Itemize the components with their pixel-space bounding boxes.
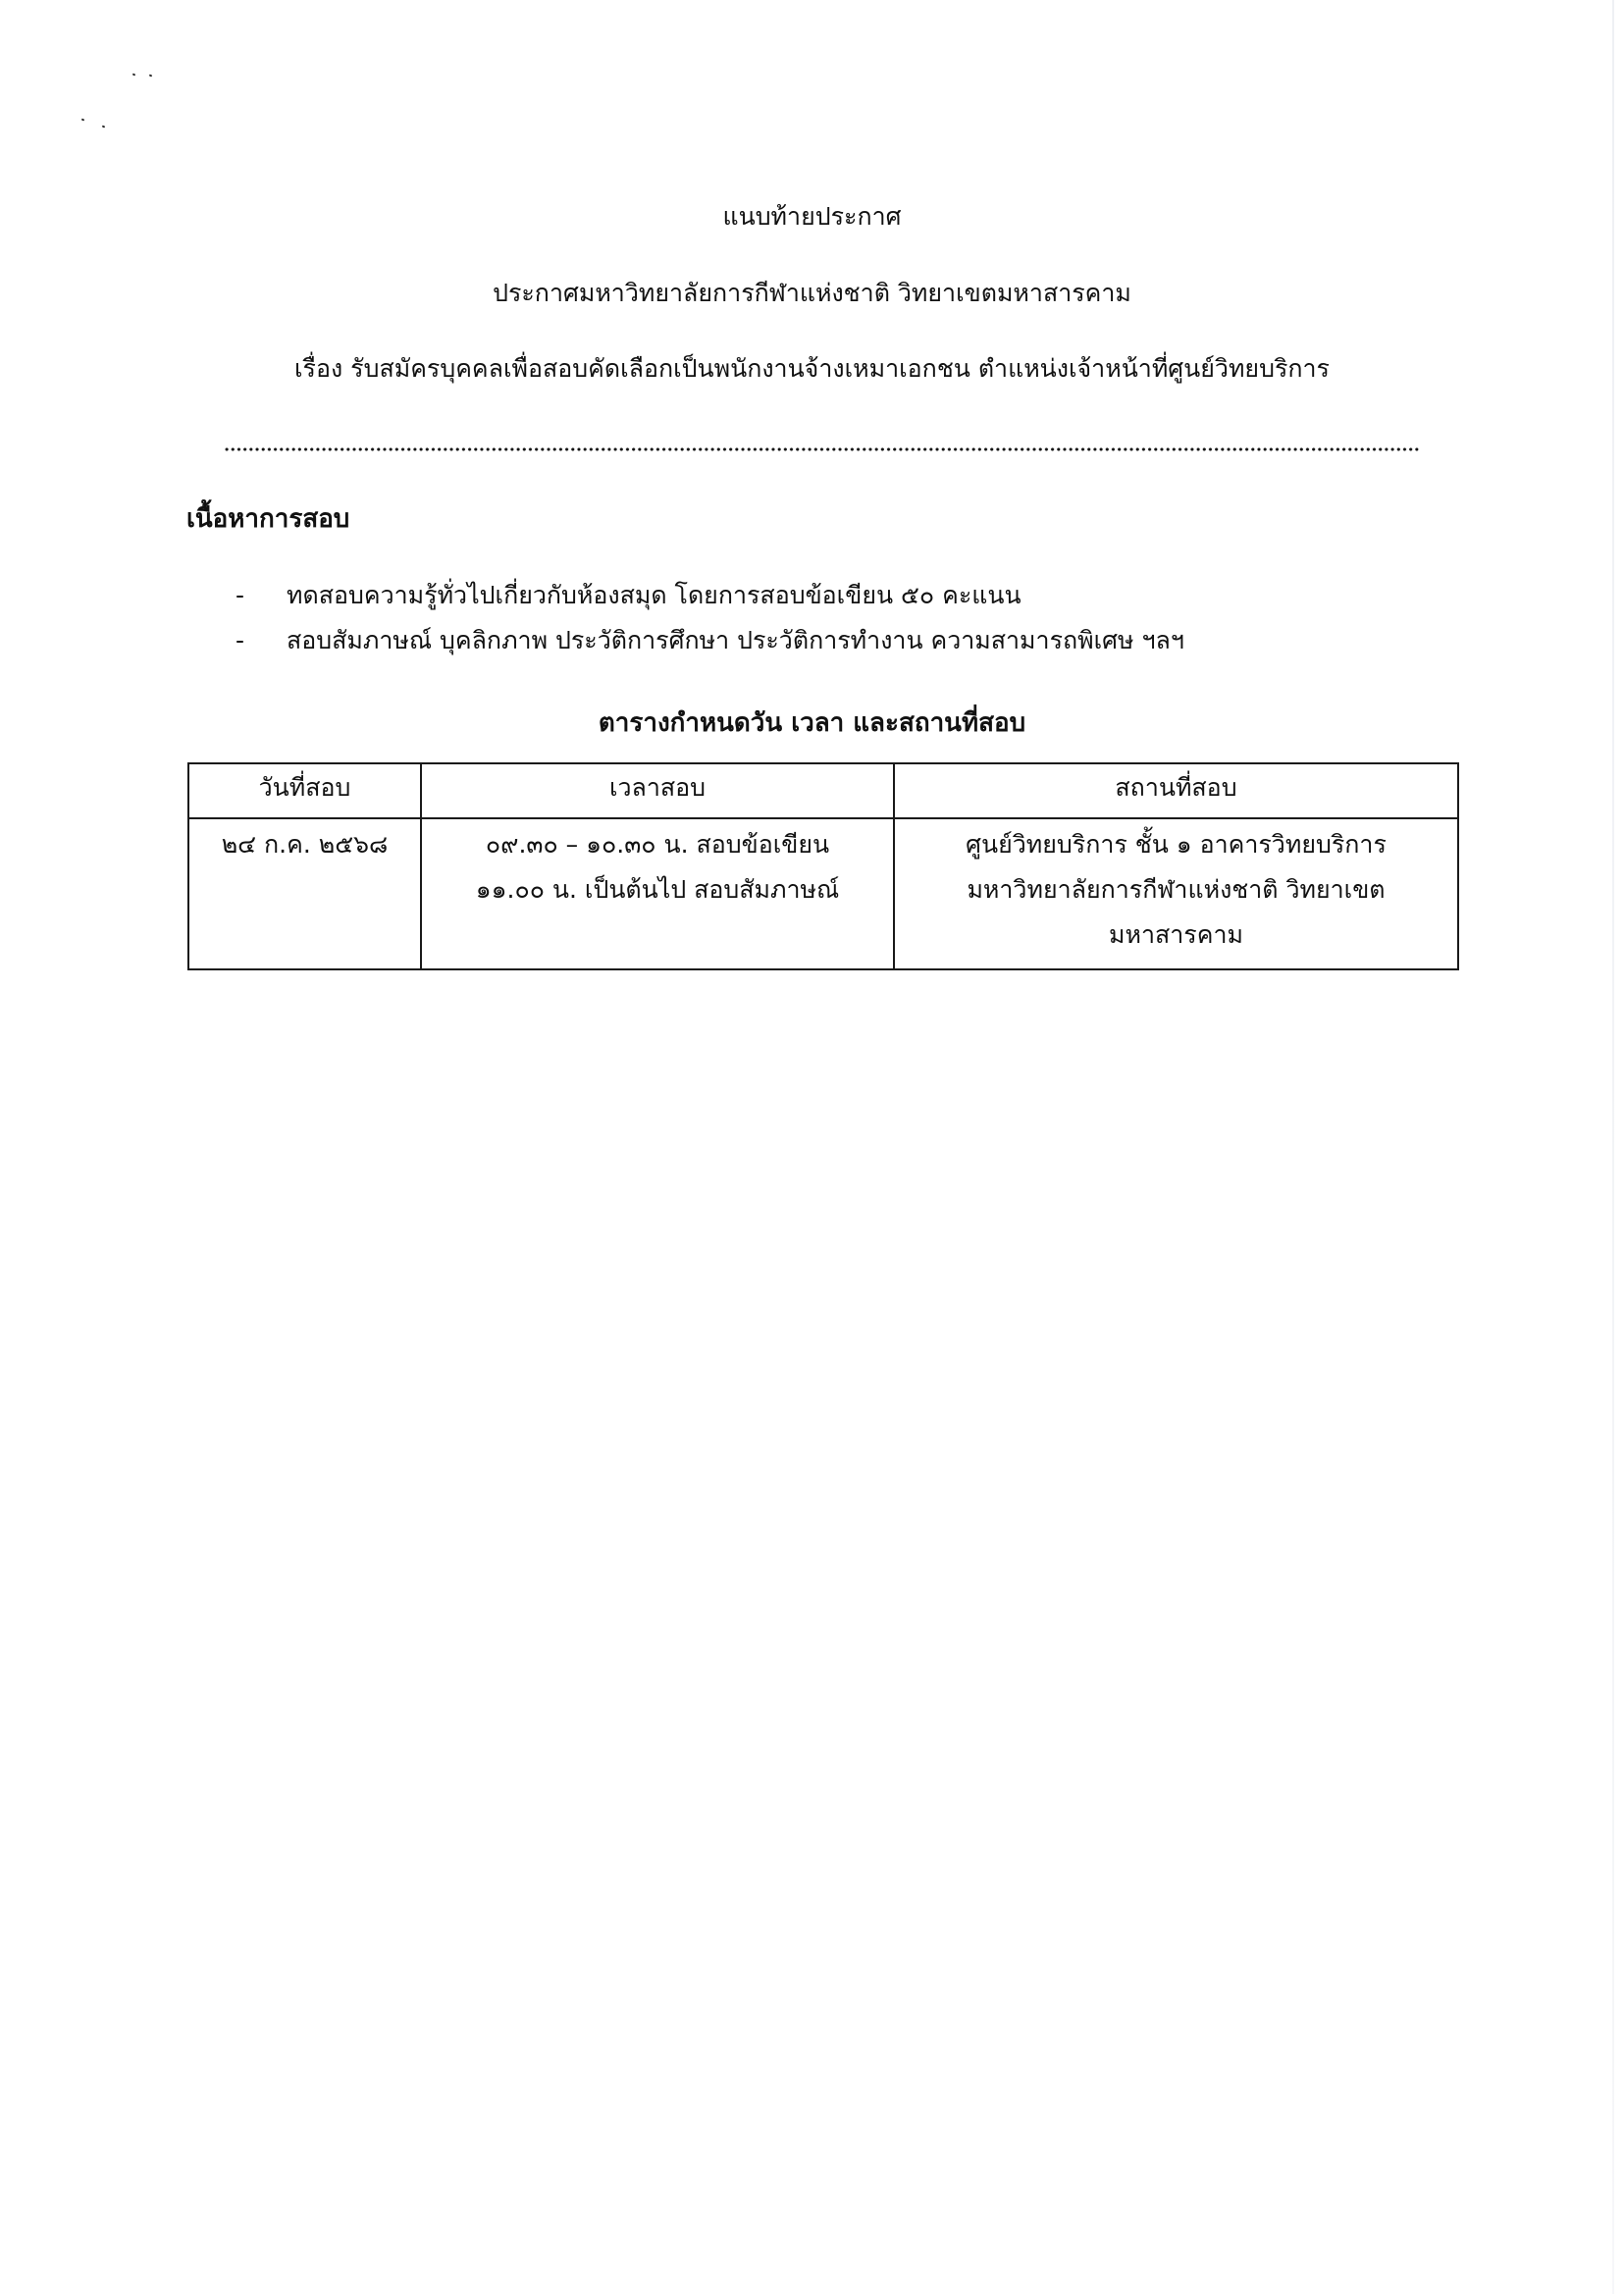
announcement-organization: ประกาศมหาวิทยาลัยการกีฬาแห่งชาติ วิทยาเข… (0, 277, 1624, 310)
location-line: มหาวิทยาลัยการกีฬาแห่งชาติ วิทยาเขต (905, 872, 1447, 908)
cell-time: ๐๙.๓๐ – ๑๐.๓๐ น. สอบข้อเขียน ๑๑.๐๐ น. เป… (421, 818, 894, 969)
time-line: ๐๙.๓๐ – ๑๐.๓๐ น. สอบข้อเขียน (432, 827, 883, 862)
exam-schedule-table: วันที่สอบ เวลาสอบ สถานที่สอบ ๒๔ ก.ค. ๒๕๖… (187, 762, 1459, 970)
cell-location: ศูนย์วิทยบริการ ชั้น ๑ อาคารวิทยบริการ ม… (894, 818, 1458, 969)
announcement-subject: เรื่อง รับสมัครบุคคลเพื่อสอบคัดเลือกเป็น… (0, 352, 1624, 386)
scan-speck (149, 74, 153, 77)
exam-content-text: สอบสัมภาษณ์ บุคลิกภาพ ประวัติการศึกษา ปร… (287, 626, 1184, 654)
attachment-title: แนบท้ายประกาศ (0, 200, 1624, 234)
scan-speck (81, 118, 85, 121)
exam-content-item: -สอบสัมภาษณ์ บุคลิกภาพ ประวัติการศึกษา ป… (236, 624, 1184, 657)
column-header-date: วันที่สอบ (188, 763, 421, 818)
exam-content-item: -ทดสอบความรู้ทั่วไปเกี่ยวกับห้องสมุด โดย… (236, 579, 1022, 612)
exam-content-text: ทดสอบความรู้ทั่วไปเกี่ยวกับห้องสมุด โดยก… (287, 581, 1022, 609)
location-line: ศูนย์วิทยบริการ ชั้น ๑ อาคารวิทยบริการ (905, 827, 1447, 862)
bullet-dash: - (236, 579, 287, 612)
schedule-table-title: ตารางกำหนดวัน เวลา และสถานที่สอบ (0, 706, 1624, 740)
column-header-location: สถานที่สอบ (894, 763, 1458, 818)
table-header-row: วันที่สอบ เวลาสอบ สถานที่สอบ (188, 763, 1458, 818)
scan-speck (102, 125, 106, 128)
scan-speck (132, 73, 136, 76)
date-line: ๒๔ ก.ค. ๒๕๖๘ (199, 827, 410, 862)
table-row: ๒๔ ก.ค. ๒๕๖๘ ๐๙.๓๐ – ๑๐.๓๐ น. สอบข้อเขีย… (188, 818, 1458, 969)
scan-edge (1612, 0, 1614, 2294)
dotted-separator (224, 446, 1419, 452)
exam-content-heading: เนื้อหาการสอบ (186, 502, 349, 536)
location-line: มหาสารคาม (905, 917, 1447, 953)
time-line: ๑๑.๐๐ น. เป็นต้นไป สอบสัมภาษณ์ (432, 872, 883, 908)
bullet-dash: - (236, 624, 287, 657)
cell-date: ๒๔ ก.ค. ๒๕๖๘ (188, 818, 421, 969)
column-header-time: เวลาสอบ (421, 763, 894, 818)
